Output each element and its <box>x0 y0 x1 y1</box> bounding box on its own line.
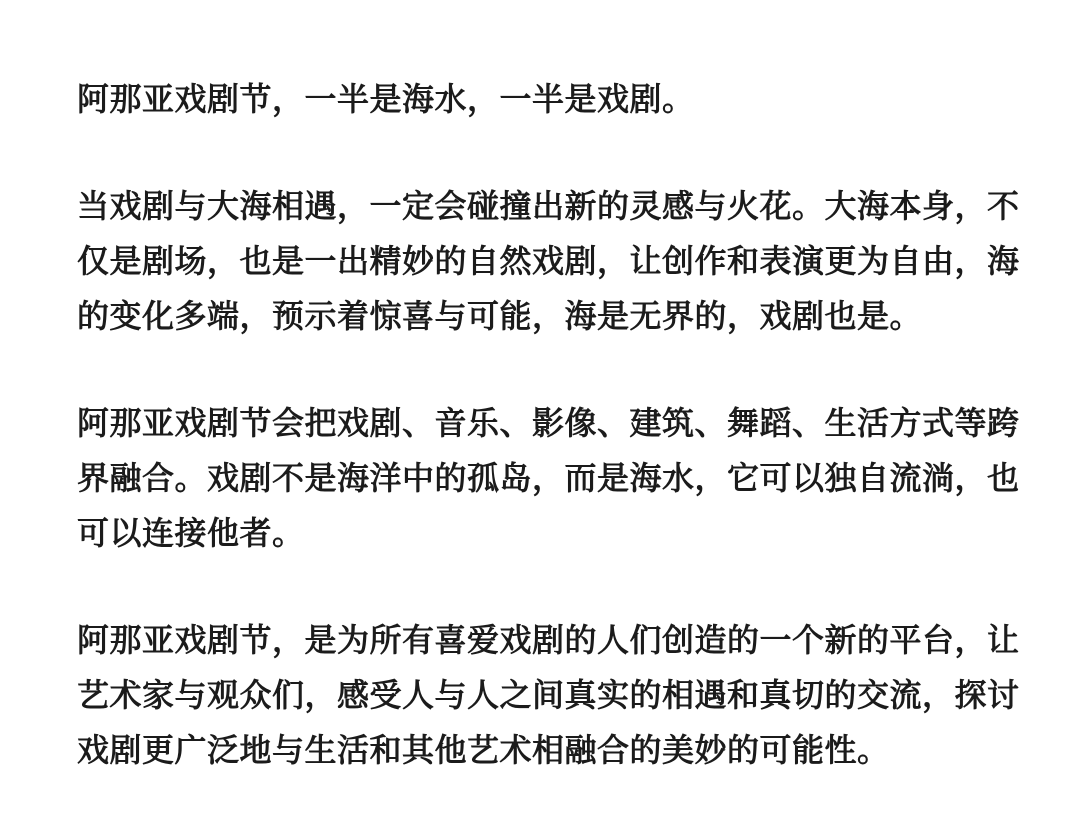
paragraph-crossover: 阿那亚戏剧节会把戏剧、音乐、影像、建筑、舞蹈、生活方式等跨 界融合。戏剧不是海洋… <box>77 396 1024 561</box>
paragraph-intro: 阿那亚戏剧节，一半是海水，一半是戏剧。 <box>77 72 1024 127</box>
text-line: 可以连接他者。 <box>77 506 1024 561</box>
text-line: 当戏剧与大海相遇，一定会碰撞出新的灵感与火花。大海本身，不 <box>77 179 1024 234</box>
paragraph-sea-meets-theatre: 当戏剧与大海相遇，一定会碰撞出新的灵感与火花。大海本身，不 仅是剧场，也是一出精… <box>77 179 1024 344</box>
text-line: 仅是剧场，也是一出精妙的自然戏剧，让创作和表演更为自由，海 <box>77 234 1024 289</box>
text-line: 阿那亚戏剧节会把戏剧、音乐、影像、建筑、舞蹈、生活方式等跨 <box>77 396 1024 451</box>
text-line: 界融合。戏剧不是海洋中的孤岛，而是海水，它可以独自流淌，也 <box>77 451 1024 506</box>
text-line: 的变化多端，预示着惊喜与可能，海是无界的，戏剧也是。 <box>77 289 1024 344</box>
text-line: 阿那亚戏剧节，一半是海水，一半是戏剧。 <box>77 72 1024 127</box>
paragraph-new-platform: 阿那亚戏剧节，是为所有喜爱戏剧的人们创造的一个新的平台，让 艺术家与观众们，感受… <box>77 613 1024 778</box>
text-line: 阿那亚戏剧节，是为所有喜爱戏剧的人们创造的一个新的平台，让 <box>77 613 1024 668</box>
text-line: 戏剧更广泛地与生活和其他艺术相融合的美妙的可能性。 <box>77 723 1024 778</box>
text-line: 艺术家与观众们，感受人与人之间真实的相遇和真切的交流，探讨 <box>77 668 1024 723</box>
article-page: 阿那亚戏剧节，一半是海水，一半是戏剧。 当戏剧与大海相遇，一定会碰撞出新的灵感与… <box>0 0 1080 818</box>
